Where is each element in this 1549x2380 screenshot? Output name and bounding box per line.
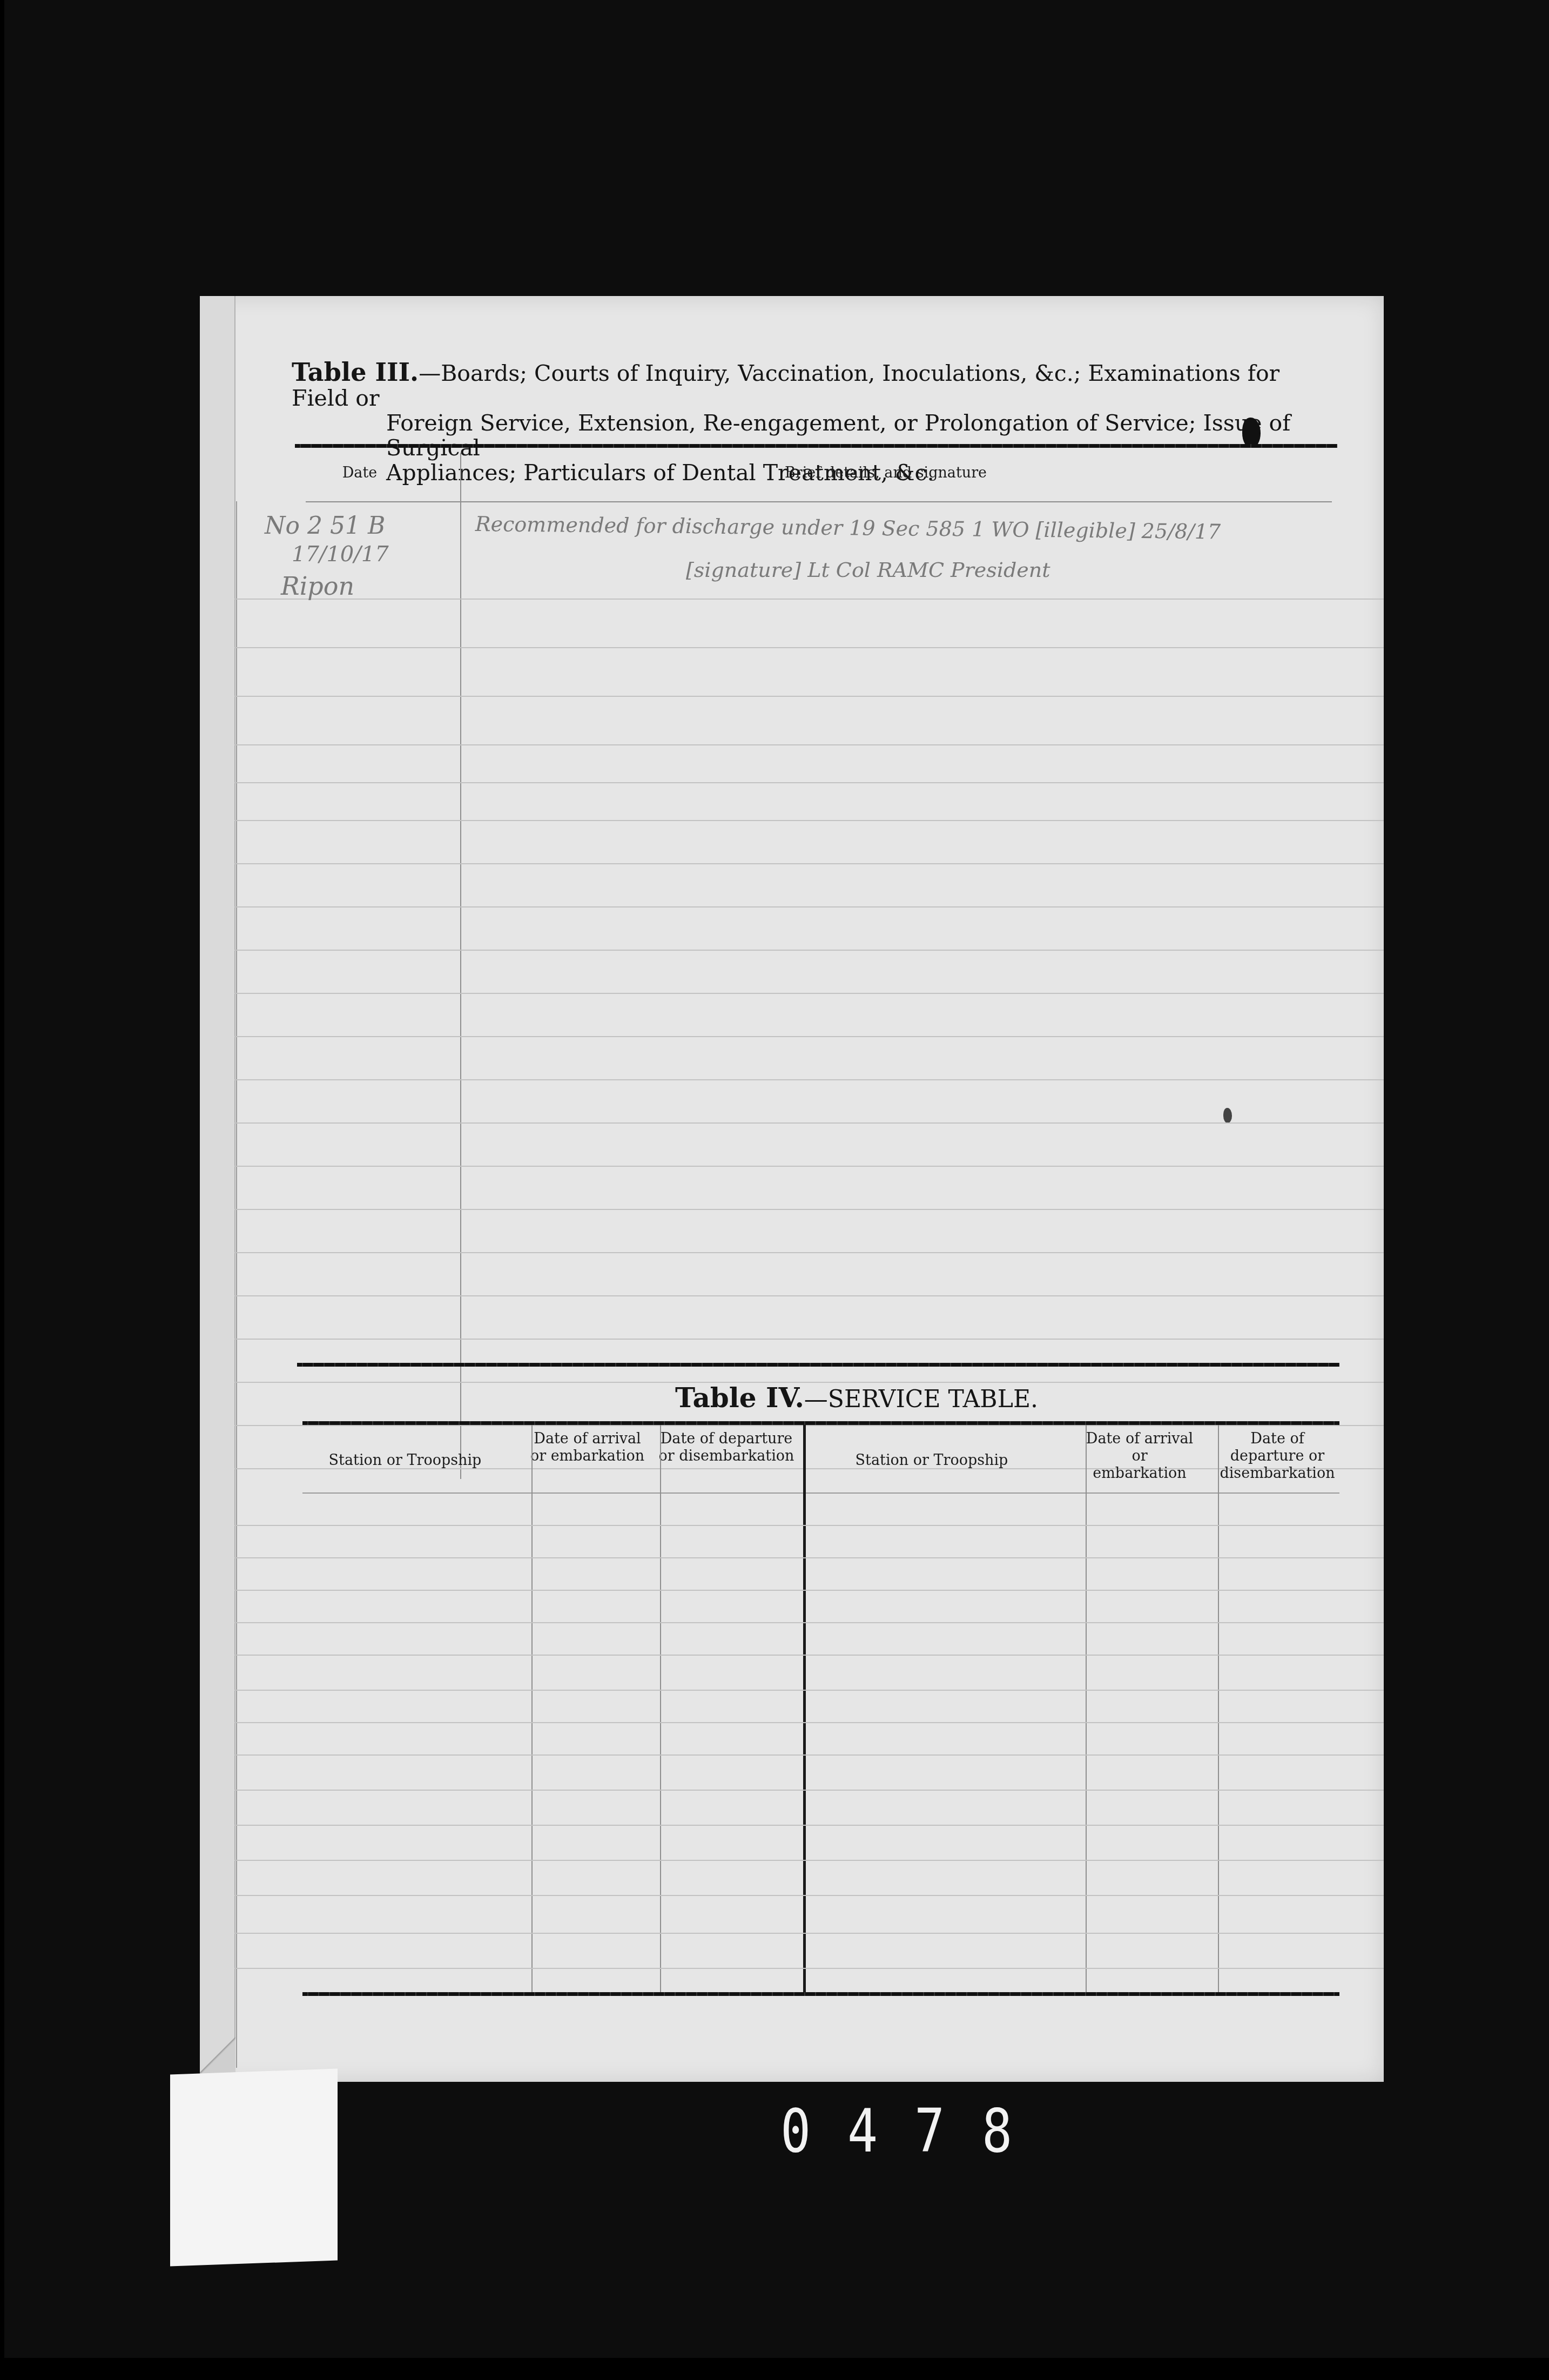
table4-divider xyxy=(1086,1425,1087,1992)
ruled-line xyxy=(234,1036,1384,1037)
ruled-line xyxy=(234,993,1384,994)
ruled-line xyxy=(234,1933,1384,1934)
table4-center-divider xyxy=(803,1425,806,1992)
ruled-line xyxy=(234,782,1384,783)
record-page: Table III.—Boards; Courts of Inquiry, Va… xyxy=(200,296,1384,2082)
counter-digit: 4 xyxy=(847,2101,878,2161)
ruled-line xyxy=(234,1209,1384,1210)
ruled-line xyxy=(234,1722,1384,1723)
ruled-line xyxy=(234,1754,1384,1756)
ruled-line xyxy=(234,1590,1384,1591)
ruled-line xyxy=(234,1690,1384,1691)
table3-title-line2: Foreign Service, Extension, Re-engagemen… xyxy=(292,411,1318,460)
ruled-line xyxy=(234,744,1384,745)
counter-digit: 0 xyxy=(780,2101,811,2161)
ruled-line xyxy=(234,1895,1384,1896)
table4-header-rule xyxy=(302,1492,1339,1494)
ruled-line xyxy=(234,696,1384,697)
ruled-line xyxy=(234,1622,1384,1623)
frame-counter: 0 4 7 8 xyxy=(778,2101,1015,2161)
table4-label: Table IV. xyxy=(675,1382,804,1414)
ruled-line xyxy=(234,1252,1384,1253)
ruled-line xyxy=(234,1339,1384,1340)
table4-divider xyxy=(531,1425,533,1992)
counter-digit: 7 xyxy=(914,2101,945,2161)
scan-edge xyxy=(0,0,4,2380)
ruled-line xyxy=(234,1825,1384,1826)
table3-header-rule xyxy=(306,501,1332,502)
ruled-line xyxy=(234,1079,1384,1080)
table4-top-rule xyxy=(302,1421,1339,1425)
table4-divider xyxy=(1218,1425,1219,1992)
table3-title-line1: —Boards; Courts of Inquiry, Vaccination,… xyxy=(292,360,1279,411)
ruled-line xyxy=(234,1166,1384,1167)
ruled-line xyxy=(234,1860,1384,1861)
column-header-arrival-right: Date of arrival or embarkation xyxy=(1086,1430,1194,1482)
column-header-brief-details: Brief details, and signature xyxy=(427,465,1345,482)
ruled-line xyxy=(234,1425,1384,1426)
scan-bottom-edge xyxy=(0,2358,1549,2380)
ruled-line xyxy=(234,1557,1384,1558)
table3-bottom-rule xyxy=(297,1363,1339,1367)
ruled-line xyxy=(234,1295,1384,1296)
entry-signature: [signature] Lt Col RAMC President xyxy=(686,558,1050,582)
table4-title-text: —SERVICE TABLE. xyxy=(804,1386,1038,1413)
ruled-line xyxy=(234,906,1384,907)
counter-digit: 8 xyxy=(982,2101,1012,2161)
ink-spot xyxy=(1223,1108,1232,1123)
table4-bottom-rule xyxy=(302,1992,1339,1996)
entry-date-line1: No 2 51 B xyxy=(265,512,385,540)
column-header-departure-left: Date of departure or disembarkation xyxy=(656,1430,797,1465)
ruled-line xyxy=(234,1790,1384,1791)
page-binding-margin xyxy=(200,296,235,2082)
margin-line xyxy=(236,501,237,2068)
entry-details-line1: Recommended for discharge under 19 Sec 5… xyxy=(475,512,1221,543)
ruled-line xyxy=(234,647,1384,648)
ruled-line xyxy=(234,950,1384,951)
entry-date-line3: Ripon xyxy=(281,572,354,601)
table3-column-divider xyxy=(460,453,461,1479)
table4-title: Table IV.—SERVICE TABLE. xyxy=(265,1382,1449,1414)
column-header-departure-right: Date of departure or disembarkation xyxy=(1215,1430,1339,1482)
table3-label: Table III. xyxy=(292,358,419,387)
ruled-line xyxy=(234,599,1384,600)
ink-blot xyxy=(1242,418,1261,448)
column-header-arrival-left: Date of arrival or embarkation xyxy=(527,1430,648,1465)
column-header-date: Date xyxy=(295,465,425,482)
blank-index-card xyxy=(170,2069,338,2267)
column-header-station-left: Station or Troopship xyxy=(302,1452,508,1469)
table3-top-rule xyxy=(295,444,1337,448)
ruled-line xyxy=(234,820,1384,821)
ruled-line xyxy=(234,1655,1384,1656)
ruled-line xyxy=(234,863,1384,864)
ruled-line xyxy=(234,1122,1384,1124)
ruled-line xyxy=(234,1525,1384,1526)
ruled-line xyxy=(234,1968,1384,1969)
entry-date-line2: 17/10/17 xyxy=(292,542,389,567)
column-header-station-right: Station or Troopship xyxy=(805,1452,1059,1469)
table4-divider xyxy=(660,1425,661,1992)
